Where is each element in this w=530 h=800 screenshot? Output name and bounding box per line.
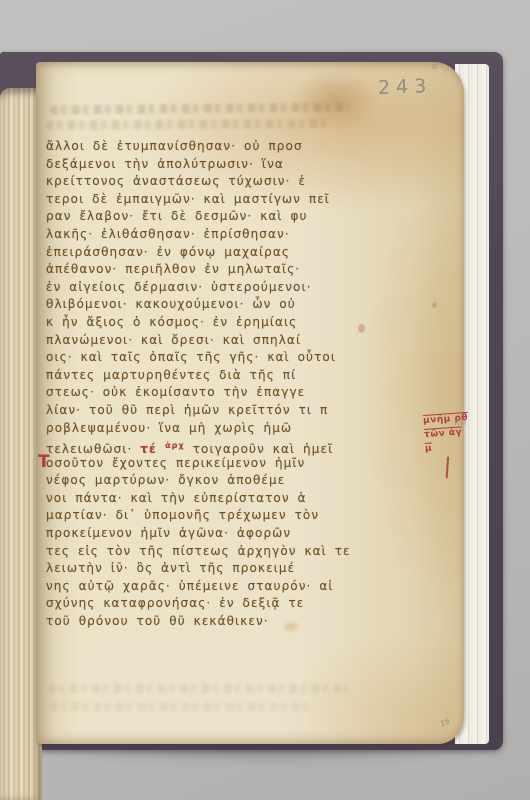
manuscript-line: λίαν· τοῦ θῦ περὶ ἡμῶν κρεῖττόν τι π: [46, 402, 438, 420]
manuscript-line: οσοῦτον ἔχοντες περικείμενον ἡμῖν: [46, 455, 438, 473]
manuscript-line: ἄλλοι δὲ ἐτυμπανίσθησαν· οὐ προσ: [46, 138, 438, 156]
rubric-margin-note: μνήμ ρθτῶν ἁγμ: [423, 410, 484, 456]
manuscript-line: οις· καὶ ταῖς ὀπαῖς τῆς γῆς· καὶ οὗτοι: [46, 349, 438, 367]
manuscript-line: κ ἦν ἄξιος ὁ κόσμος· ἐν ἐρημίαις: [46, 314, 438, 332]
stain-speck: [284, 622, 298, 631]
rubric-lection-mark: τέ: [140, 442, 165, 456]
manuscript-page: 243 ii ἄλλοι δὲ ἐτυμπανίσθησαν· οὐ προσδ…: [36, 62, 464, 744]
show-through-text: [50, 102, 350, 114]
ink-speck: [358, 324, 365, 333]
manuscript-line: ραν ἔλαβον· ἔτι δὲ δεσμῶν· καὶ φυ: [46, 208, 438, 226]
manuscript-line: νοι πάντα· καὶ τὴν εὐπερίστατον ἁ: [46, 490, 438, 508]
manuscript-line: λειωτὴν ἰν̄· ὃς ἀντὶ τῆς προκειμέ: [46, 560, 438, 578]
manuscript-line: τελειωθῶσι· τέ ἀρχ τοιγαροῦν καὶ ἡμεῖ: [46, 437, 438, 455]
manuscript-line: νέφος μαρτύρων· ὄγκον ἀποθέμε: [46, 472, 438, 490]
rubric-flourish: [446, 456, 450, 478]
show-through-text: [46, 119, 326, 130]
manuscript-line: ἀπέθανον· περιῆλθον ἐν μηλωταῖς·: [46, 261, 438, 279]
pencil-folio-mark-bottom: 16: [439, 716, 452, 728]
manuscript-line: ἐν αἰγείοις δέρμασιν· ὑστερούμενοι·: [46, 279, 438, 297]
manuscript-line: ἐπειράσθησαν· ἐν φόνῳ μαχαίρας: [46, 244, 438, 262]
rubric-initial-letter: Τ: [38, 452, 50, 472]
manuscript-line: τοῦ θρόνου τοῦ θῦ κεκάθικεν·: [46, 613, 438, 631]
manuscript-line: πλανώμενοι· καὶ ὄρεσι· καὶ σπηλαί: [46, 332, 438, 350]
manuscript-line: λακῆς· ἐλιθάσθησαν· ἐπρίσθησαν·: [46, 226, 438, 244]
manuscript-line: μαρτίαν· δι᾽ ὑπομονῆς τρέχωμεν τὸν: [46, 507, 438, 525]
manuscript-line: στεως· οὐκ ἐκομίσαντο τὴν ἐπαγγε: [46, 384, 438, 402]
manuscript-segment: τοιγαροῦν καὶ ἡμεῖ: [185, 442, 333, 456]
manuscript-line: κρείττονος ἀναστάσεως τύχωσιν· ἑ: [46, 173, 438, 191]
show-through-text: [50, 702, 310, 711]
photograph-of-manuscript: 243 ii ἄλλοι δὲ ἐτυμπανίσθησαν· οὐ προσδ…: [0, 0, 530, 800]
pencil-folio-mark-top: ii: [432, 62, 437, 72]
manuscript-line: ροβλεψαμένου· ἵνα μὴ χωρὶς ἡμῶ: [46, 420, 438, 438]
pencil-page-number: 243: [378, 75, 433, 99]
manuscript-segment: τελειωθῶσι·: [46, 442, 140, 456]
pencil-chapter-mark: XII: [454, 418, 467, 427]
ink-speck: [432, 302, 437, 308]
manuscript-line: τεροι δὲ ἐμπαιγμῶν· καὶ μαστίγων πεῖ: [46, 191, 438, 209]
show-through-text: [48, 684, 348, 693]
manuscript-line: δεξάμενοι τὴν ἀπολύτρωσιν· ἵνα: [46, 156, 438, 174]
rubric-lection-mark: ἀρχ: [165, 441, 185, 450]
manuscript-line: πάντες μαρτυρηθέντες διὰ τῆς πί: [46, 367, 438, 385]
manuscript-line: νης αὐτῷ χαρᾶς· ὑπέμεινε σταυρόν· αἰ: [46, 578, 438, 596]
manuscript-line: σχύνης καταφρονήσας· ἐν δεξιᾷ τε: [46, 595, 438, 613]
manuscript-line: τες εἰς τὸν τῆς πίστεως ἀρχηγὸν καὶ τε: [46, 543, 438, 561]
manuscript-line: προκείμενον ἡμῖν ἀγῶνα· ἀφορῶν: [46, 525, 438, 543]
manuscript-text: ἄλλοι δὲ ἐτυμπανίσθησαν· οὐ προσδεξάμενο…: [46, 138, 438, 631]
manuscript-line: θλιβόμενοι· κακουχούμενοι· ὧν οὐ: [46, 296, 438, 314]
